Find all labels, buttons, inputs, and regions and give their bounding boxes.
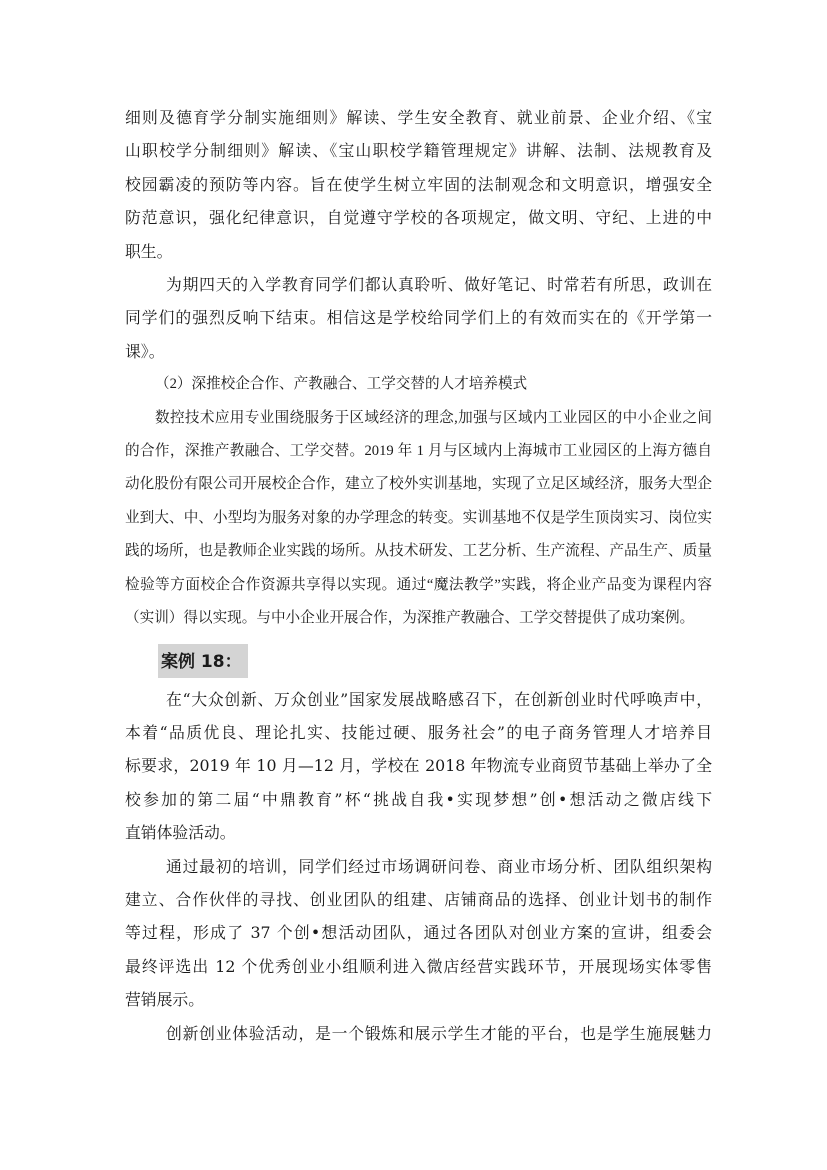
- text-line: 山职校学分制细则》解读、《宝山职校学籍管理规定》讲解、法制、法规教育及: [125, 134, 712, 167]
- text-line: 职生。: [125, 235, 712, 268]
- text-line: 防范意识，强化纪律意识，自觉遵守学校的各项规定，做文明、守纪、上进的中: [125, 201, 712, 234]
- text-line: 建立、合作伙伴的寻找、创业团队的组建、店铺商品的选择、创业计划书的制作: [125, 883, 712, 916]
- text-line: （实训）得以实现。与中小企业开展合作，为深推产教融合、工学交替提供了成功案例。: [125, 602, 712, 635]
- body-text: 在“大众创新、万众创业”国家发展战略感召下，在创新创业时代呼唤声中，本着“品质优…: [125, 683, 712, 850]
- text-line: （2）深推校企合作、产教融合、工学交替的人才培养模式: [125, 368, 712, 401]
- text-line: 直销体验活动。: [125, 816, 712, 849]
- text-line: 在“大众创新、万众创业”国家发展战略感召下，在创新创业时代呼唤声中，: [125, 683, 712, 716]
- text-line: 同学们的强烈反响下结束。相信这是学校给同学们上的有效而实在的《开学第一: [125, 301, 712, 334]
- text-line: 最终评选出 12 个优秀创业小组顺利进入微店经营实践环节，开展现场实体零售: [125, 950, 712, 983]
- text-line: 校园霸凌的预防等内容。旨在使学生树立牢固的法制观念和文明意识，增强安全: [125, 168, 712, 201]
- text-line: 为期四天的入学教育同学们都认真聆听、做好笔记、时常若有所思，政训在: [125, 268, 712, 301]
- text-line: 动化股份有限公司开展校企合作，建立了校外实训基地，实现了立足区域经济，服务大型企: [125, 468, 712, 501]
- text-line: 课》。: [125, 335, 712, 368]
- text-line: 等过程，形成了 37 个创•想活动团队，通过各团队对创业方案的宣讲，组委会: [125, 916, 712, 949]
- body-text-continues-next-page: 创新创业体验活动，是一个锻炼和展示学生才能的平台，也是学生施展魅力: [125, 1017, 712, 1050]
- text-line: 数控技术应用专业围绕服务于区域经济的理念,加强与区域内工业园区的中小企业之间: [125, 402, 712, 435]
- text-line: 校参加的第二届“中鼎教育”杯“挑战自我•实现梦想”创•想活动之微店线下: [125, 783, 712, 816]
- body-text: 为期四天的入学教育同学们都认真聆听、做好笔记、时常若有所思，政训在同学们的强烈反…: [125, 268, 712, 368]
- document-content: 细则及德育学分制实施细则》解读、学生安全教育、就业前景、企业介绍、《宝山职校学分…: [125, 101, 712, 1050]
- body-text-continuation: 细则及德育学分制实施细则》解读、学生安全教育、就业前景、企业介绍、《宝山职校学分…: [125, 101, 712, 268]
- text-line: 本着“品质优良、理论扎实、技能过硬、服务社会”的电子商务管理人才培养目: [125, 716, 712, 749]
- text-line: 案例 18：: [125, 644, 712, 681]
- page-canvas: 细则及德育学分制实施细则》解读、学生安全教育、就业前景、企业介绍、《宝山职校学分…: [0, 0, 827, 1170]
- case-heading: 案例 18：: [125, 644, 712, 681]
- text-line: 标要求，2019 年 10 月—12 月，学校在 2018 年物流专业商贸节基础…: [125, 749, 712, 782]
- text-line: 的合作，深推产教融合、工学交替。2019 年 1 月与区域内上海城市工业园区的上…: [125, 435, 712, 468]
- text-line: 通过最初的培训，同学们经过市场调研问卷、商业市场分析、团队组织架构: [125, 850, 712, 883]
- body-text: 数控技术应用专业围绕服务于区域经济的理念,加强与区域内工业园区的中小企业之间的合…: [125, 402, 712, 636]
- document-page: { "page": { "background_color": "#ffffff…: [0, 0, 827, 1170]
- text-line: 营销展示。: [125, 983, 712, 1016]
- subsection-heading: （2）深推校企合作、产教融合、工学交替的人才培养模式: [125, 368, 712, 401]
- body-text: 通过最初的培训，同学们经过市场调研问卷、商业市场分析、团队组织架构建立、合作伙伴…: [125, 850, 712, 1017]
- text-line: 践的场所，也是教师企业实践的场所。从技术研发、工艺分析、生产流程、产品生产、质量: [125, 535, 712, 568]
- text-line: 检验等方面校企合作资源共享得以实现。通过“魔法教学”实践，将企业产品变为课程内容: [125, 569, 712, 602]
- text-line: 细则及德育学分制实施细则》解读、学生安全教育、就业前景、企业介绍、《宝: [125, 101, 712, 134]
- text-line: 业到大、中、小型均为服务对象的办学理念的转变。实训基地不仅是学生顶岗实习、岗位实: [125, 502, 712, 535]
- case-heading-highlight: 案例 18：: [158, 644, 248, 678]
- text-line: 创新创业体验活动，是一个锻炼和展示学生才能的平台，也是学生施展魅力: [125, 1017, 712, 1050]
